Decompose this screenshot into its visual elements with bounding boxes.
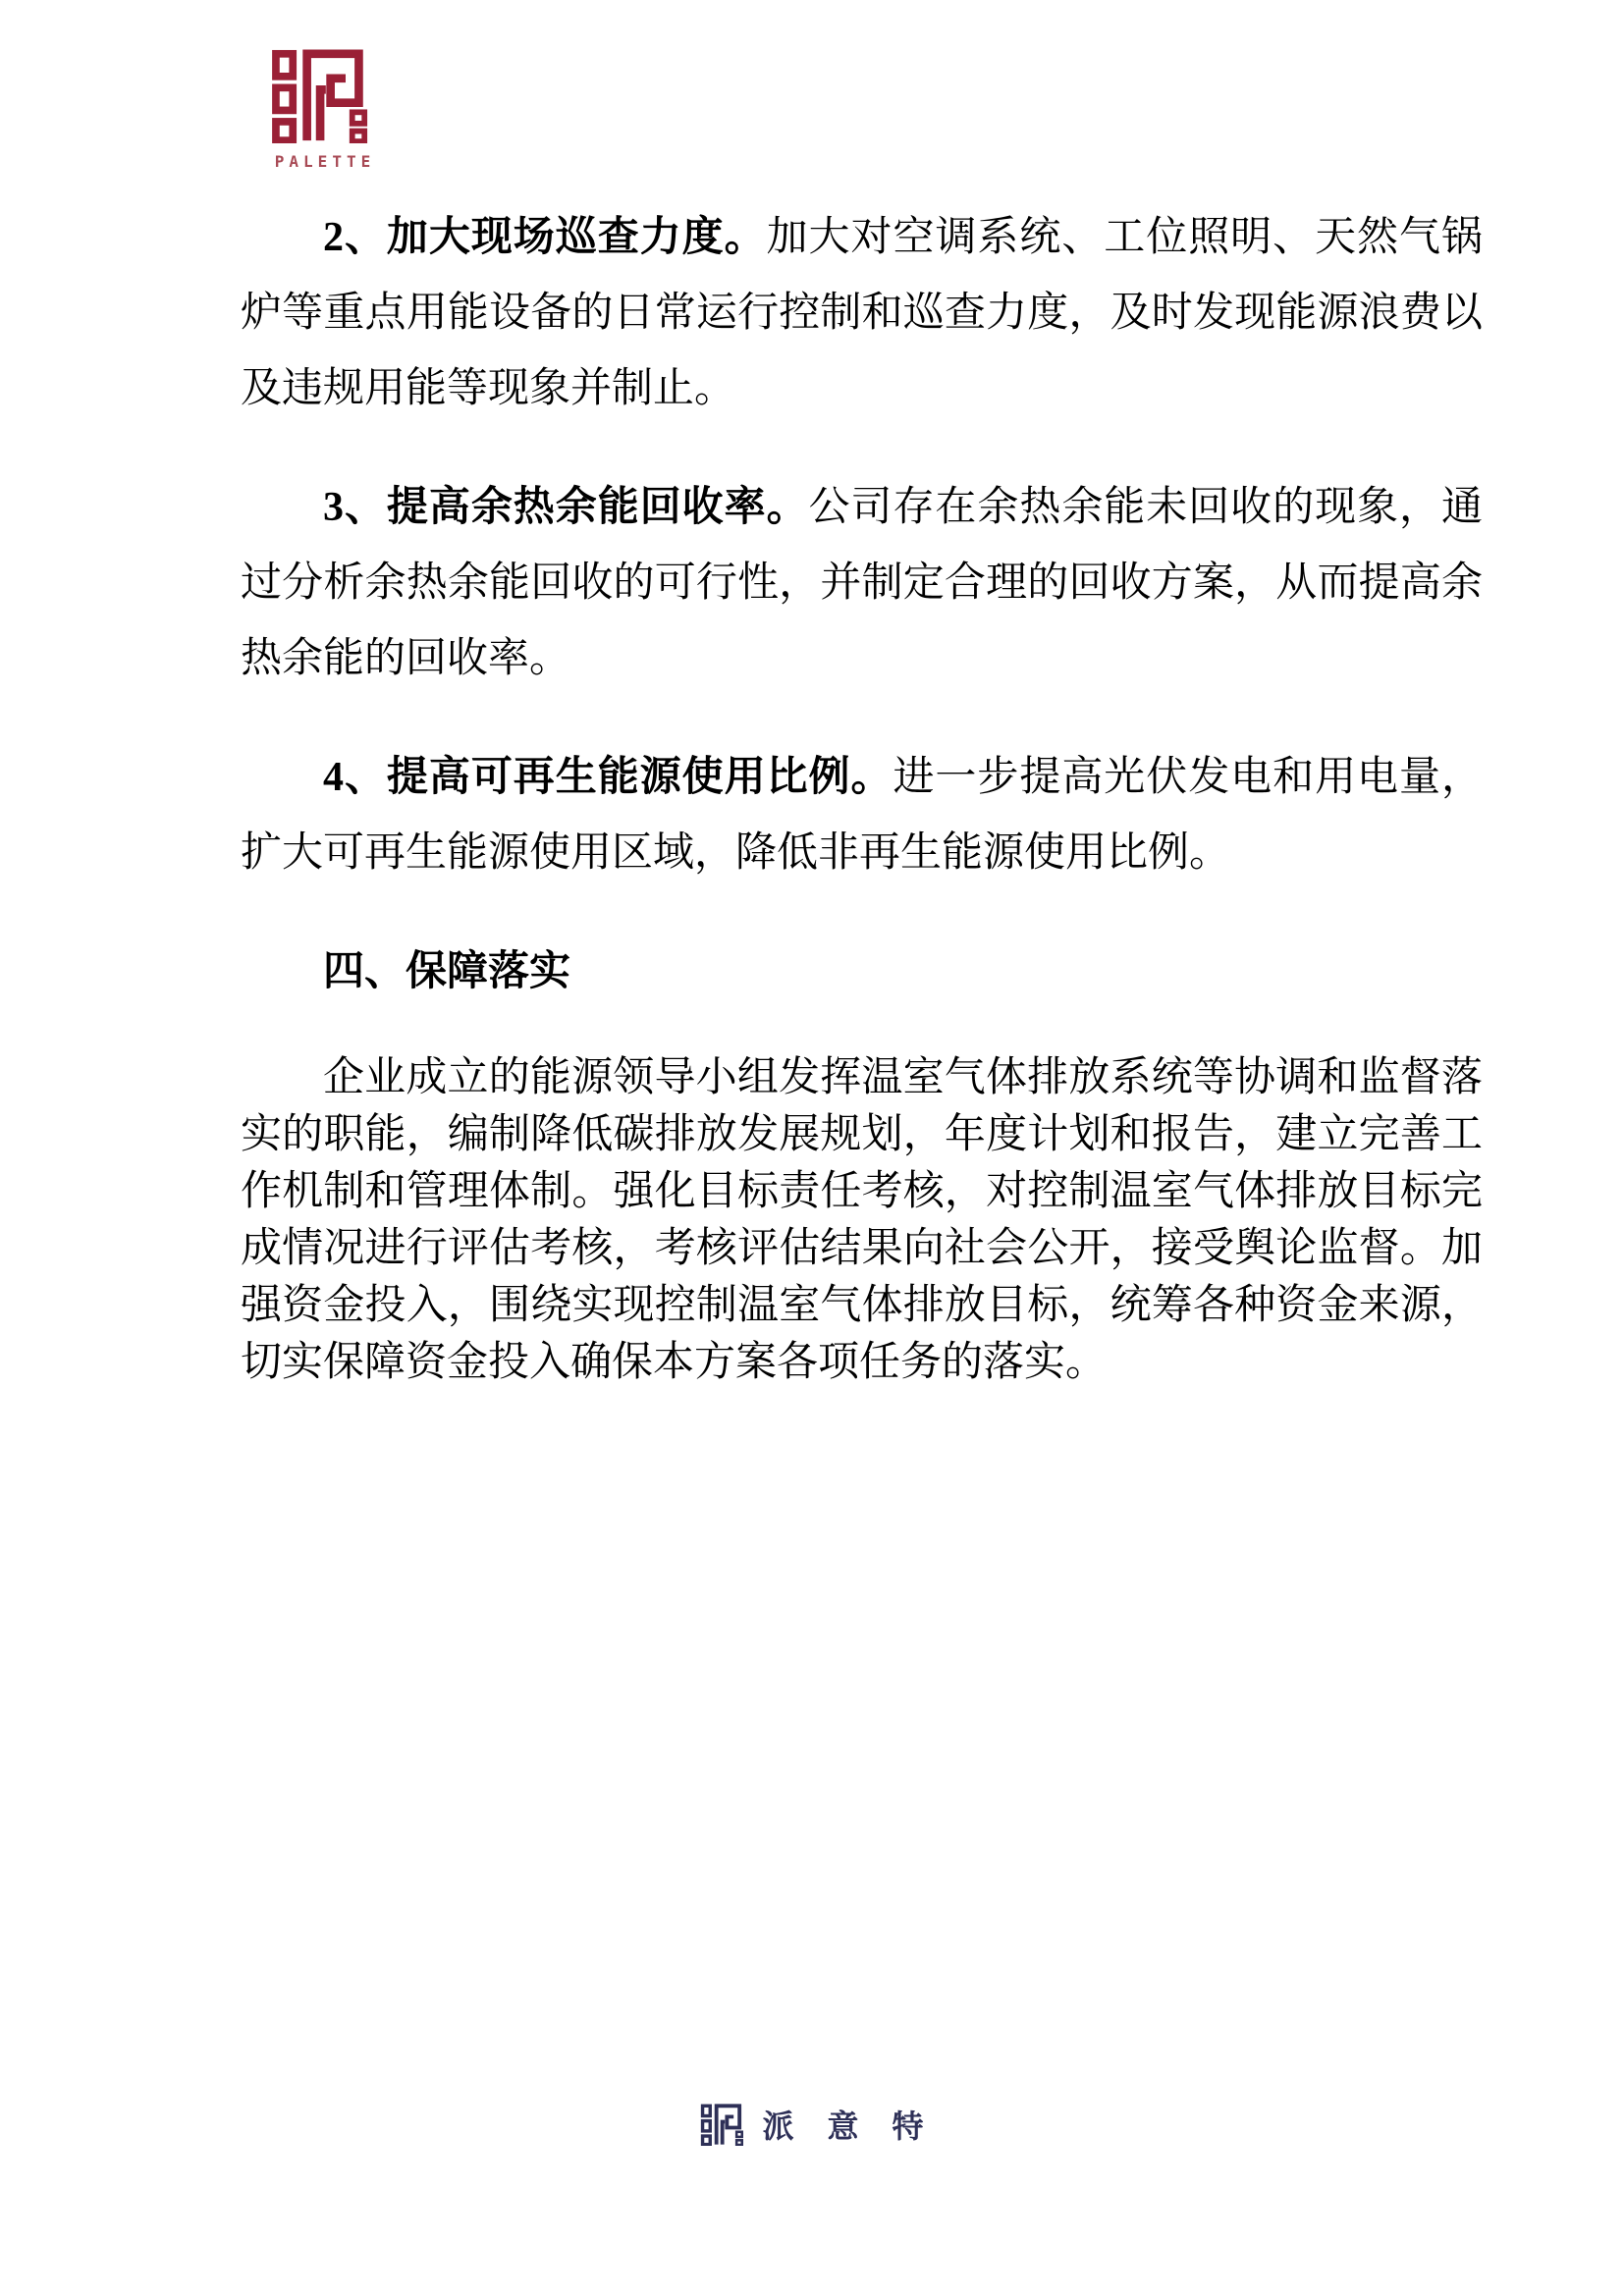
paragraph-lead: 2、加大现场巡查力度。 bbox=[323, 215, 767, 260]
document-page: PALETTE 2、加大现场巡查力度。加大对空调系统、工位照明、天然气锅炉等重点… bbox=[0, 0, 1624, 2296]
paiyite-logo: 派意特 bbox=[0, 2102, 1624, 2147]
paragraph-item-4: 4、提高可再生能源使用比例。进一步提高光伏发电和用电量，扩大可再生能源使用区域，… bbox=[241, 740, 1483, 891]
palette-logo-icon bbox=[267, 49, 377, 143]
paragraph-lead: 4、提高可再生能源使用比例。 bbox=[323, 755, 893, 800]
palette-logo-text: PALETTE bbox=[267, 152, 383, 171]
paiyite-logo-text: 派意特 bbox=[762, 2102, 956, 2147]
paragraph-item-3: 3、提高余热余能回收率。公司存在余热余能未回收的现象，通过分析余热余能回收的可行… bbox=[241, 470, 1483, 697]
paragraph-lead: 3、提高余热余能回收率。 bbox=[323, 485, 809, 530]
document-body: 2、加大现场巡查力度。加大对空调系统、工位照明、天然气锅炉等重点用能设备的日常运… bbox=[241, 200, 1483, 1391]
paragraph-item-2: 2、加大现场巡查力度。加大对空调系统、工位照明、天然气锅炉等重点用能设备的日常运… bbox=[241, 200, 1483, 427]
palette-logo: PALETTE bbox=[267, 49, 383, 171]
paiyite-logo-icon bbox=[700, 2104, 746, 2146]
section-heading: 四、保障落实 bbox=[241, 934, 1483, 1010]
closing-paragraph: 企业成立的能源领导小组发挥温室气体排放系统等协调和监督落实的职能，编制降低碳排放… bbox=[241, 1049, 1483, 1391]
